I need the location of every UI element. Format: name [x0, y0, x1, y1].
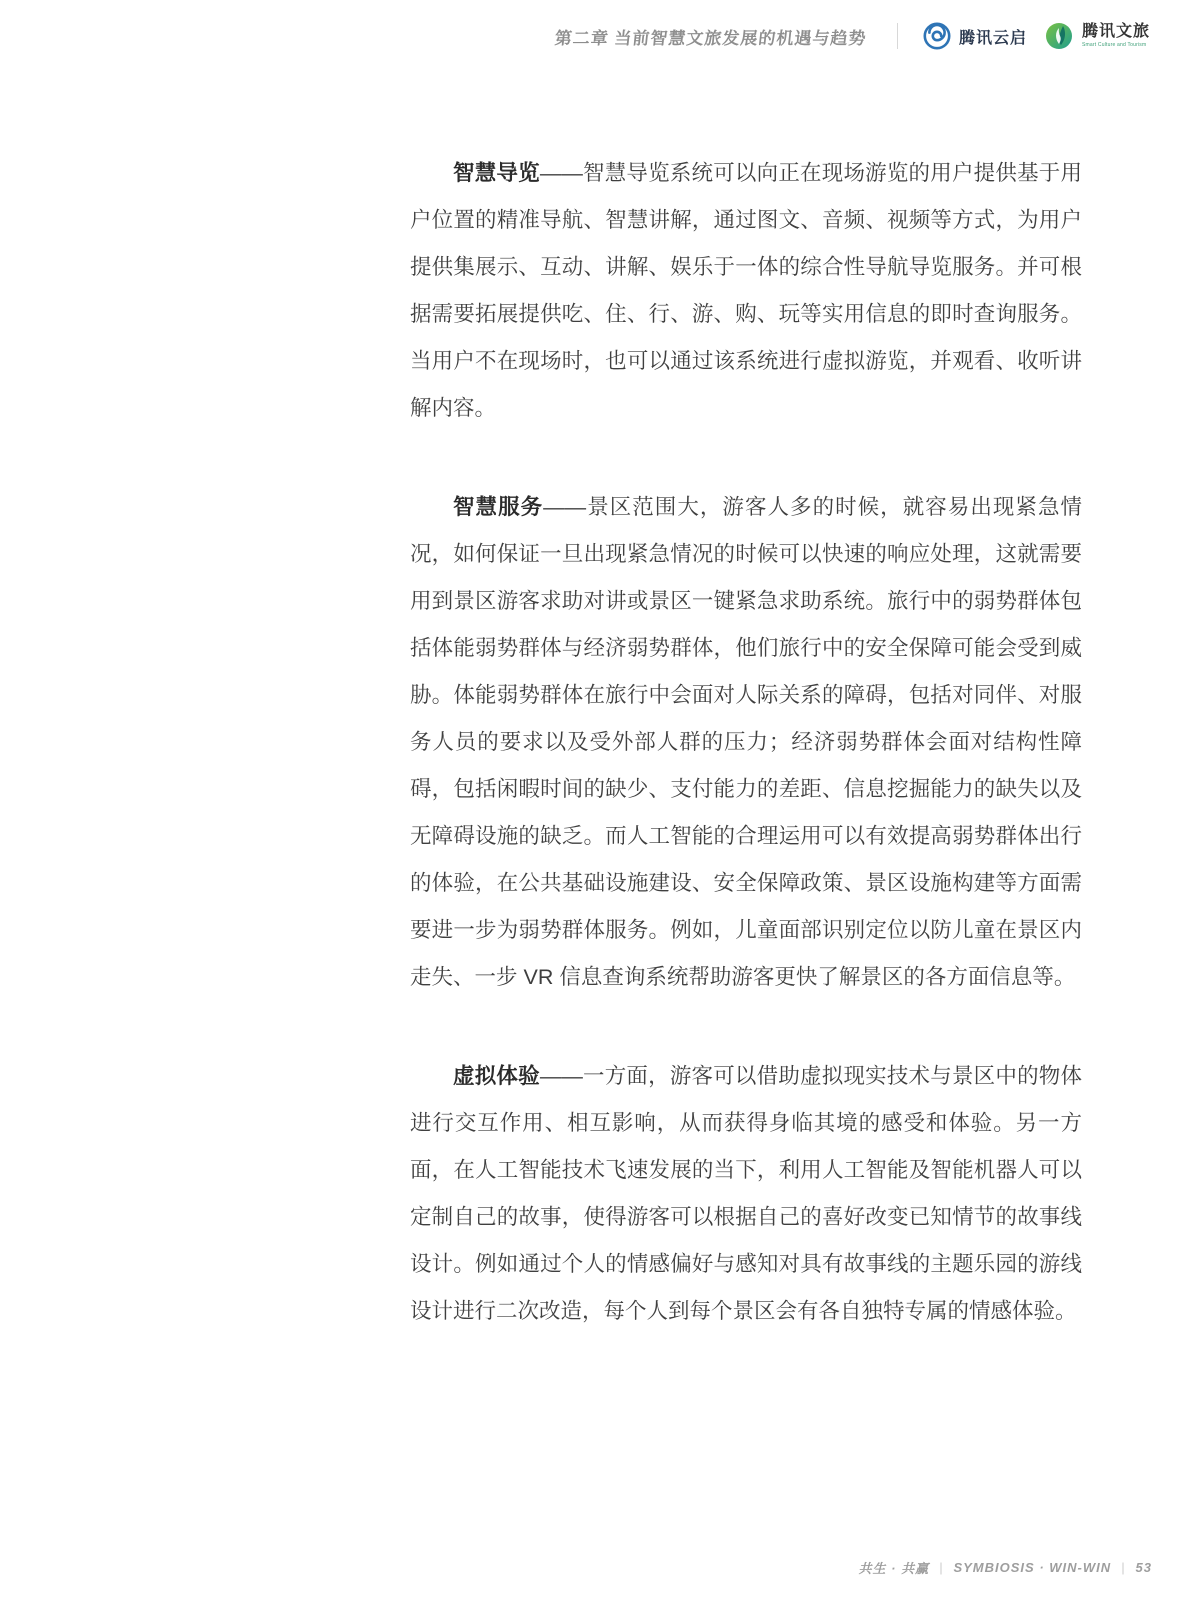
wenlv-logo-sublabel: Smart Culture and Tourism: [1082, 42, 1150, 48]
paragraph-virtual-experience: 虚拟体验——一方面，游客可以借助虚拟现实技术与景区中的物体进行交互作用、相互影响…: [410, 1053, 1082, 1335]
chapter-title: 第二章 当前智慧文旅发展的机遇与趋势: [554, 24, 868, 49]
yunqi-spiral-at-icon: [922, 21, 952, 51]
footer-separator: |: [1121, 1560, 1125, 1575]
paragraph-text: 智慧导览系统可以向正在现场游览的用户提供基于用户位置的精准导航、智慧讲解，通过图…: [410, 161, 1082, 420]
tencent-yunqi-logo: 腾讯云启: [922, 21, 1027, 51]
paragraph-smart-guide: 智慧导览——智慧导览系统可以向正在现场游览的用户提供基于用户位置的精准导航、智慧…: [410, 150, 1082, 432]
yunqi-logo-label: 腾讯云启: [959, 25, 1027, 48]
body-text: 智慧导览——智慧导览系统可以向正在现场游览的用户提供基于用户位置的精准导航、智慧…: [410, 150, 1082, 1335]
wenlv-logo-label: 腾讯文旅: [1082, 24, 1150, 40]
wenlv-leaf-drop-icon: [1043, 20, 1075, 52]
footer-slogan-en: SYMBIOSIS · WIN-WIN: [953, 1560, 1111, 1575]
footer-separator: |: [939, 1560, 943, 1575]
header-divider: [897, 23, 898, 49]
paragraph-lead: 智慧服务: [453, 495, 543, 519]
em-dash: ——: [540, 1064, 583, 1088]
page-header: 第二章 当前智慧文旅发展的机遇与趋势 腾讯云启: [555, 20, 1150, 52]
tencent-wenlv-logo: 腾讯文旅 Smart Culture and Tourism: [1043, 20, 1150, 52]
footer-slogan-cn: 共生 · 共赢: [859, 1558, 930, 1577]
paragraph-text: 景区范围大，游客人多的时候，就容易出现紧急情况，如何保证一旦出现紧急情况的时候可…: [410, 495, 1082, 989]
page-number: 53: [1136, 1560, 1152, 1575]
em-dash: ——: [543, 495, 586, 519]
paragraph-lead: 智慧导览: [453, 161, 540, 185]
report-page: 第二章 当前智慧文旅发展的机遇与趋势 腾讯云启: [0, 0, 1192, 1616]
em-dash: ——: [540, 161, 583, 185]
paragraph-smart-service: 智慧服务——景区范围大，游客人多的时候，就容易出现紧急情况，如何保证一旦出现紧急…: [410, 484, 1082, 1001]
page-footer: 共生 · 共赢 | SYMBIOSIS · WIN-WIN | 53: [859, 1558, 1152, 1577]
paragraph-text: 一方面，游客可以借助虚拟现实技术与景区中的物体进行交互作用、相互影响，从而获得身…: [410, 1064, 1082, 1323]
paragraph-lead: 虚拟体验: [453, 1064, 540, 1088]
